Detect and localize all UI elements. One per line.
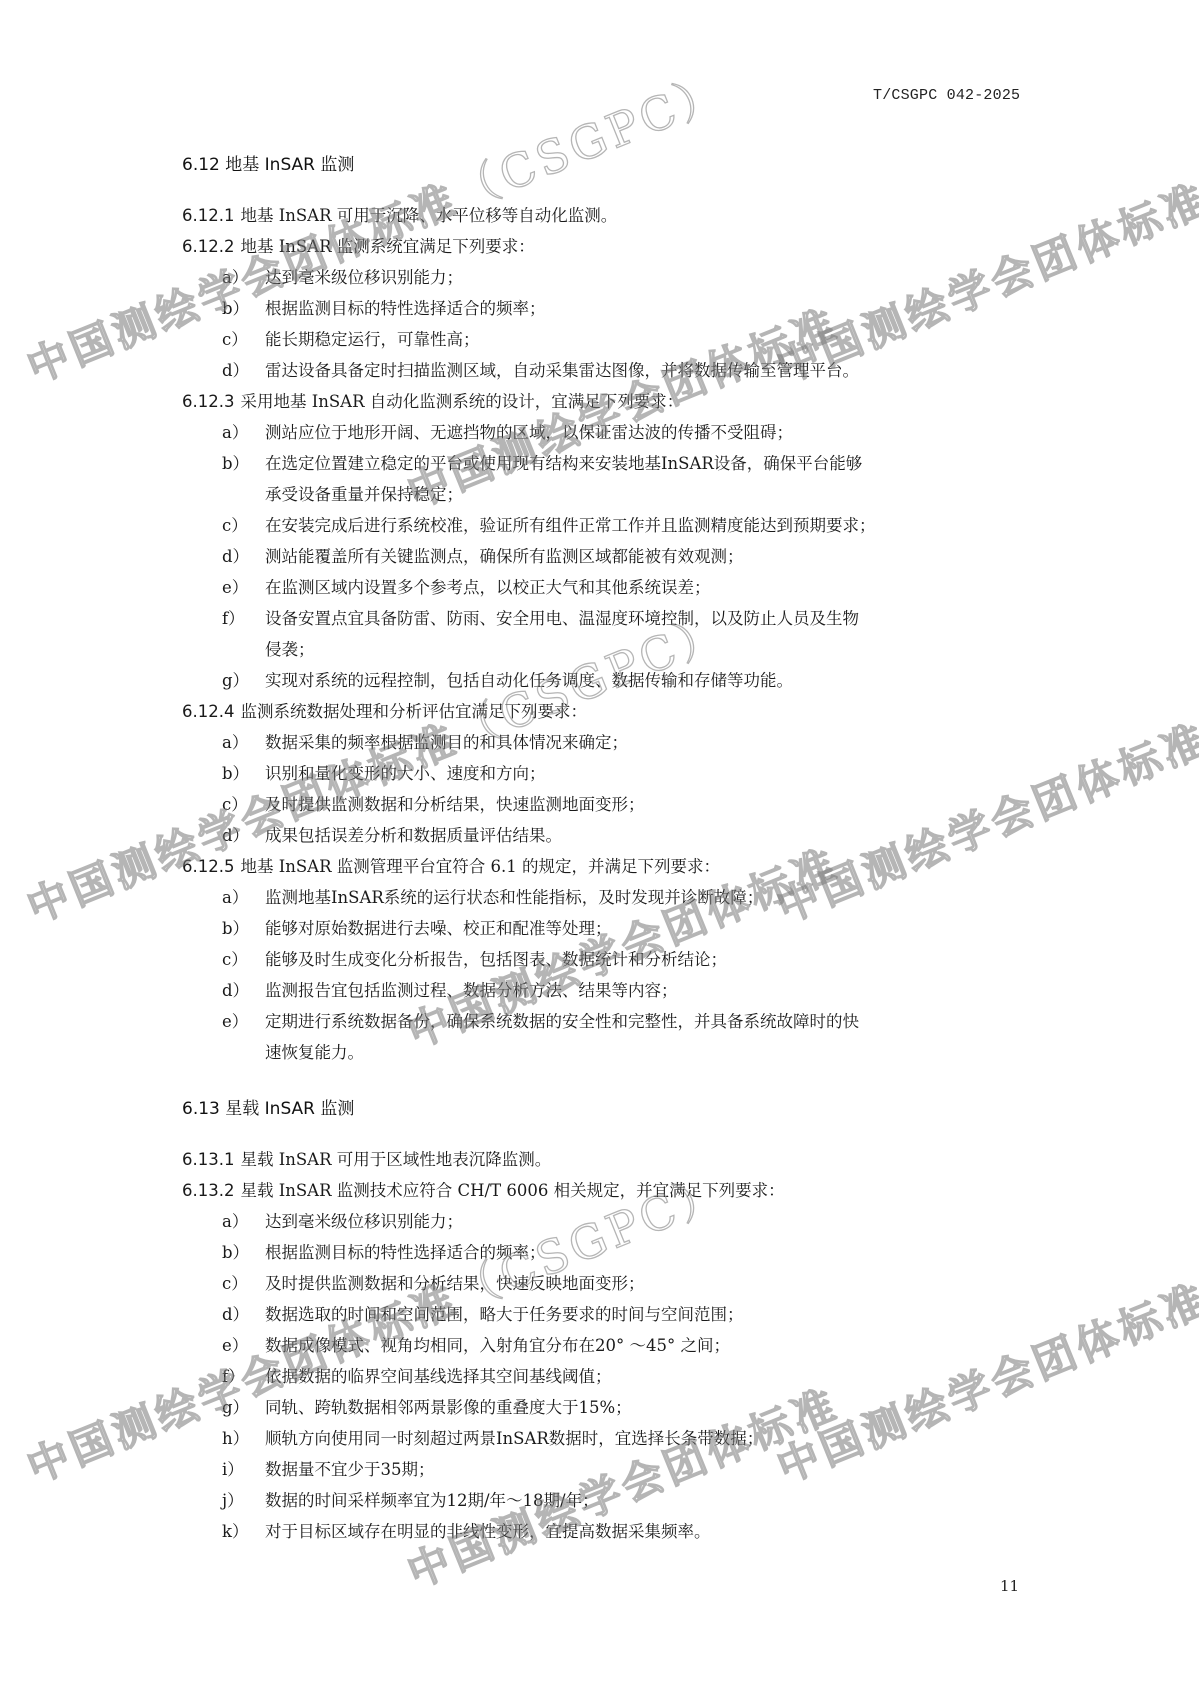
- list-text: 根据监测目标的特性选择适合的频率；: [265, 293, 1012, 324]
- list-marker: d）: [222, 975, 249, 1006]
- list-text-continuation: 速恢复能力。: [265, 1037, 1012, 1068]
- list-marker: d）: [222, 355, 249, 386]
- list-item: k）对于目标区域存在明显的非线性变形，宜提高数据采集频率。: [182, 1516, 1012, 1547]
- list-marker: a）: [222, 262, 248, 293]
- section-title: 6.12 地基 InSAR 监测: [182, 150, 1012, 180]
- document-code: T/CSGPC 042-2025: [873, 87, 1020, 104]
- list-item: a）达到毫米级位移识别能力；: [182, 262, 1012, 293]
- list-item: c）及时提供监测数据和分析结果，快速反映地面变形；: [182, 1268, 1012, 1299]
- list-item: c）及时提供监测数据和分析结果，快速监测地面变形；: [182, 789, 1012, 820]
- list-marker: d）: [222, 1299, 249, 1330]
- list-item: f）设备安置点宜具备防雷、防雨、安全用电、温湿度环境控制，以及防止人员及生物侵袭…: [182, 603, 1012, 665]
- list-marker: e）: [222, 1330, 248, 1361]
- document-page: T/CSGPC 042-2025 6.12 地基 InSAR 监测 6.12.1…: [0, 0, 1199, 1696]
- clause: 6.13.1星载 InSAR 可用于区域性地表沉降监测。: [182, 1144, 1012, 1175]
- clause: 6.12.3采用地基 InSAR 自动化监测系统的设计，宜满足下列要求：: [182, 386, 1012, 417]
- list-text: 根据监测目标的特性选择适合的频率；: [265, 1237, 1012, 1268]
- list-text: 数据成像模式、视角均相同，入射角宜分布在20° ～45° 之间；: [265, 1330, 1012, 1361]
- list-marker: h）: [222, 1423, 249, 1454]
- clause-text: 采用地基 InSAR 自动化监测系统的设计，宜满足下列要求：: [240, 392, 683, 411]
- list-item: i）数据量不宜少于35期；: [182, 1454, 1012, 1485]
- list-item: b）识别和量化变形的大小、速度和方向；: [182, 758, 1012, 789]
- list-text: 数据选取的时间和空间范围，略大于任务要求的时间与空间范围；: [265, 1299, 1012, 1330]
- clause-number: 6.12.2: [182, 237, 234, 256]
- list-item: a）数据采集的频率根据监测目的和具体情况来确定；: [182, 727, 1012, 758]
- list-marker: c）: [222, 324, 248, 355]
- clause: 6.12.5地基 InSAR 监测管理平台宜符合 6.1 的规定，并满足下列要求…: [182, 851, 1012, 882]
- clause: 6.13.2星载 InSAR 监测技术应符合 CH/T 6006 相关规定，并宜…: [182, 1175, 1012, 1206]
- list-marker: c）: [222, 789, 248, 820]
- list-text: 在安装完成后进行系统校准，验证所有组件正常工作并且监测精度能达到预期要求；: [265, 510, 1012, 541]
- list-marker: b）: [222, 448, 249, 479]
- list-item: d）成果包括误差分析和数据质量评估结果。: [182, 820, 1012, 851]
- list-text-continuation: 承受设备重量并保持稳定；: [265, 479, 1012, 510]
- list-marker: j）: [222, 1485, 244, 1516]
- list-text-continuation: 侵袭；: [265, 634, 1012, 665]
- section-title: 6.13 星载 InSAR 监测: [182, 1094, 1012, 1124]
- list-text: 数据的时间采样频率宜为12期/年～18期/年；: [265, 1485, 1012, 1516]
- clause: 6.12.4监测系统数据处理和分析评估宜满足下列要求：: [182, 696, 1012, 727]
- list-item: c）能长期稳定运行，可靠性高；: [182, 324, 1012, 355]
- clause-text: 监测系统数据处理和分析评估宜满足下列要求：: [240, 702, 587, 721]
- clause-number: 6.12.4: [182, 702, 234, 721]
- list-text: 能够及时生成变化分析报告，包括图表、数据统计和分析结论；: [265, 944, 1012, 975]
- list-text: 监测报告宜包括监测过程、数据分析方法、结果等内容；: [265, 975, 1012, 1006]
- list-item: d）雷达设备具备定时扫描监测区域，自动采集雷达图像，并将数据传输至管理平台。: [182, 355, 1012, 386]
- list-text: 同轨、跨轨数据相邻两景影像的重叠度大于15%；: [265, 1392, 1012, 1423]
- clause: 6.12.1地基 InSAR 可用于沉降、水平位移等自动化监测。: [182, 200, 1012, 231]
- list-marker: b）: [222, 1237, 249, 1268]
- list-item: d）数据选取的时间和空间范围，略大于任务要求的时间与空间范围；: [182, 1299, 1012, 1330]
- list-item: e）在监测区域内设置多个参考点，以校正大气和其他系统误差；: [182, 572, 1012, 603]
- list-item: b）根据监测目标的特性选择适合的频率；: [182, 293, 1012, 324]
- list-marker: a）: [222, 727, 248, 758]
- list-marker: k）: [222, 1516, 249, 1547]
- list-text: 成果包括误差分析和数据质量评估结果。: [265, 820, 1012, 851]
- list-marker: d）: [222, 541, 249, 572]
- list-text: 依据数据的临界空间基线选择其空间基线阈值；: [265, 1361, 1012, 1392]
- list-item: c）在安装完成后进行系统校准，验证所有组件正常工作并且监测精度能达到预期要求；: [182, 510, 1012, 541]
- list-marker: f）: [222, 603, 245, 634]
- list-item: d）测站能覆盖所有关键监测点，确保所有监测区域都能被有效观测；: [182, 541, 1012, 572]
- clause-text: 地基 InSAR 监测管理平台宜符合 6.1 的规定，并满足下列要求：: [240, 857, 720, 876]
- list-item: f）依据数据的临界空间基线选择其空间基线阈值；: [182, 1361, 1012, 1392]
- list-marker: a）: [222, 882, 248, 913]
- list-text: 雷达设备具备定时扫描监测区域，自动采集雷达图像，并将数据传输至管理平台。: [265, 355, 1012, 386]
- list-marker: a）: [222, 1206, 248, 1237]
- list-text: 数据采集的频率根据监测目的和具体情况来确定；: [265, 727, 1012, 758]
- list-item: g）同轨、跨轨数据相邻两景影像的重叠度大于15%；: [182, 1392, 1012, 1423]
- list-text: 能长期稳定运行，可靠性高；: [265, 324, 1012, 355]
- list-item: b）能够对原始数据进行去噪、校正和配准等处理；: [182, 913, 1012, 944]
- clause-number: 6.13.1: [182, 1150, 234, 1169]
- list-marker: c）: [222, 1268, 248, 1299]
- list-item: c）能够及时生成变化分析报告，包括图表、数据统计和分析结论；: [182, 944, 1012, 975]
- list-marker: c）: [222, 944, 248, 975]
- list-item: a）达到毫米级位移识别能力；: [182, 1206, 1012, 1237]
- list-marker: i）: [222, 1454, 244, 1485]
- list-item: g）实现对系统的远程控制，包括自动化任务调度、数据传输和存储等功能。: [182, 665, 1012, 696]
- list-item: a）监测地基InSAR系统的运行状态和性能指标，及时发现并诊断故障；: [182, 882, 1012, 913]
- list-marker: g）: [222, 1392, 249, 1423]
- clause-number: 6.13.2: [182, 1181, 234, 1200]
- list-text: 达到毫米级位移识别能力；: [265, 1206, 1012, 1237]
- list-marker: e）: [222, 1006, 248, 1037]
- list-text: 测站应位于地形开阔、无遮挡物的区域，以保证雷达波的传播不受阻碍；: [265, 417, 1012, 448]
- list-item: e）定期进行系统数据备份，确保系统数据的安全性和完整性，并具备系统故障时的快速恢…: [182, 1006, 1012, 1068]
- list-text: 实现对系统的远程控制，包括自动化任务调度、数据传输和存储等功能。: [265, 665, 1012, 696]
- list-marker: e）: [222, 572, 248, 603]
- list-item: e）数据成像模式、视角均相同，入射角宜分布在20° ～45° 之间；: [182, 1330, 1012, 1361]
- list-marker: b）: [222, 913, 249, 944]
- list-marker: g）: [222, 665, 249, 696]
- list-marker: d）: [222, 820, 249, 851]
- clause-text: 星载 InSAR 可用于区域性地表沉降监测。: [240, 1150, 551, 1169]
- list-marker: c）: [222, 510, 248, 541]
- list-text: 顺轨方向使用同一时刻超过两景InSAR数据时，宜选择长条带数据；: [265, 1423, 1012, 1454]
- list-text: 能够对原始数据进行去噪、校正和配准等处理；: [265, 913, 1012, 944]
- list-text: 在监测区域内设置多个参考点，以校正大气和其他系统误差；: [265, 572, 1012, 603]
- clause-number: 6.12.1: [182, 206, 234, 225]
- list-text: 识别和量化变形的大小、速度和方向；: [265, 758, 1012, 789]
- clause-number: 6.12.3: [182, 392, 234, 411]
- list-text: 设备安置点宜具备防雷、防雨、安全用电、温湿度环境控制，以及防止人员及生物: [265, 603, 1012, 634]
- clause-text: 星载 InSAR 监测技术应符合 CH/T 6006 相关规定，并宜满足下列要求…: [240, 1181, 784, 1200]
- list-text: 在选定位置建立稳定的平台或使用现有结构来安装地基InSAR设备，确保平台能够: [265, 448, 1012, 479]
- list-item: d）监测报告宜包括监测过程、数据分析方法、结果等内容；: [182, 975, 1012, 1006]
- clause-text: 地基 InSAR 监测系统宜满足下列要求：: [240, 237, 534, 256]
- list-item: h）顺轨方向使用同一时刻超过两景InSAR数据时，宜选择长条带数据；: [182, 1423, 1012, 1454]
- list-item: b）根据监测目标的特性选择适合的频率；: [182, 1237, 1012, 1268]
- list-item: b）在选定位置建立稳定的平台或使用现有结构来安装地基InSAR设备，确保平台能够…: [182, 448, 1012, 510]
- list-marker: f）: [222, 1361, 245, 1392]
- list-text: 测站能覆盖所有关键监测点，确保所有监测区域都能被有效观测；: [265, 541, 1012, 572]
- list-item: j）数据的时间采样频率宜为12期/年～18期/年；: [182, 1485, 1012, 1516]
- list-item: a）测站应位于地形开阔、无遮挡物的区域，以保证雷达波的传播不受阻碍；: [182, 417, 1012, 448]
- list-text: 监测地基InSAR系统的运行状态和性能指标，及时发现并诊断故障；: [265, 882, 1012, 913]
- clause-number: 6.12.5: [182, 857, 234, 876]
- list-text: 对于目标区域存在明显的非线性变形，宜提高数据采集频率。: [265, 1516, 1012, 1547]
- list-text: 及时提供监测数据和分析结果，快速监测地面变形；: [265, 789, 1012, 820]
- list-marker: b）: [222, 758, 249, 789]
- clause: 6.12.2地基 InSAR 监测系统宜满足下列要求：: [182, 231, 1012, 262]
- document-body: 6.12 地基 InSAR 监测 6.12.1地基 InSAR 可用于沉降、水平…: [182, 150, 1012, 1547]
- list-marker: a）: [222, 417, 248, 448]
- clause-text: 地基 InSAR 可用于沉降、水平位移等自动化监测。: [240, 206, 617, 225]
- list-marker: b）: [222, 293, 249, 324]
- list-text: 达到毫米级位移识别能力；: [265, 262, 1012, 293]
- list-text: 定期进行系统数据备份，确保系统数据的安全性和完整性，并具备系统故障时的快: [265, 1006, 1012, 1037]
- list-text: 数据量不宜少于35期；: [265, 1454, 1012, 1485]
- list-text: 及时提供监测数据和分析结果，快速反映地面变形；: [265, 1268, 1012, 1299]
- page-number: 11: [1000, 1577, 1019, 1595]
